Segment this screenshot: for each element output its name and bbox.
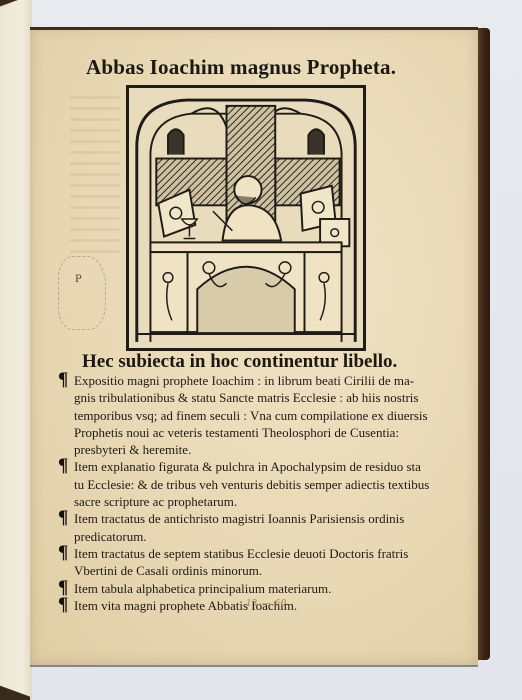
entry-line: sacre scripture ac prophetarum. — [74, 493, 478, 510]
entry-line: tu Ecclesie: & de tribus veh venturis de… — [74, 476, 478, 493]
entry-line: Item tractatus de antichristo magistri I… — [74, 510, 478, 527]
show-through-text — [70, 96, 120, 256]
paragraph-mark-icon: ¶ — [58, 456, 68, 475]
paragraph-mark-icon: ¶ — [58, 595, 68, 614]
entry-line: Expositio magni prophete Ioachim : in li… — [74, 372, 478, 389]
cover-top-edge — [30, 27, 478, 30]
contents-entry: ¶ Item tractatus de septem statibus Eccl… — [58, 545, 478, 580]
handwritten-annotation: 13 — 60 — [246, 598, 287, 609]
entry-line: temporibus vsq; ad finem seculi : Vna cu… — [74, 407, 478, 424]
faint-stamp-mark: P — [58, 256, 106, 330]
entry-line: predicatorum. — [74, 528, 478, 545]
stamp-letter: P — [75, 271, 82, 286]
contents-entry: ¶ Item tabula alphabetica principalium m… — [58, 580, 478, 597]
contents-entry: ¶ Expositio magni prophete Ioachim : in … — [58, 372, 478, 458]
entry-line: Item explanatio figurata & pulchra in Ap… — [74, 458, 478, 475]
entry-line: Item tractatus de septem statibus Eccles… — [74, 545, 478, 562]
page-title: Abbas Ioachim magnus Propheta. — [86, 55, 396, 80]
contents-heading: Hec subiecta in hoc continentur libello. — [82, 351, 397, 373]
left-book-leaf — [0, 0, 32, 700]
left-cover-corner-top — [0, 0, 28, 24]
entry-line: Prophetis noui ac veteris testamenti The… — [74, 424, 478, 441]
entry-line: gnis tribulationibus & statu Sancte matr… — [74, 389, 478, 406]
contents-entry: ¶ Item explanatio figurata & pulchra in … — [58, 458, 478, 510]
paragraph-mark-icon: ¶ — [58, 543, 68, 562]
woodcut-scholar-image — [129, 88, 363, 348]
entry-line: Vbertini de Casali ordinis minorum. — [74, 562, 478, 579]
woodcut-illustration — [126, 85, 366, 351]
paragraph-mark-icon: ¶ — [58, 508, 68, 527]
contents-list: ¶ Expositio magni prophete Ioachim : in … — [58, 372, 478, 614]
entry-line: Item tabula alphabetica principalium mat… — [74, 580, 478, 597]
left-cover-corner-bottom — [0, 676, 30, 700]
entry-line: presbyteri & heremite. — [74, 441, 478, 458]
paragraph-mark-icon: ¶ — [58, 370, 68, 389]
contents-entry: ¶ Item tractatus de antichristo magistri… — [58, 510, 478, 545]
